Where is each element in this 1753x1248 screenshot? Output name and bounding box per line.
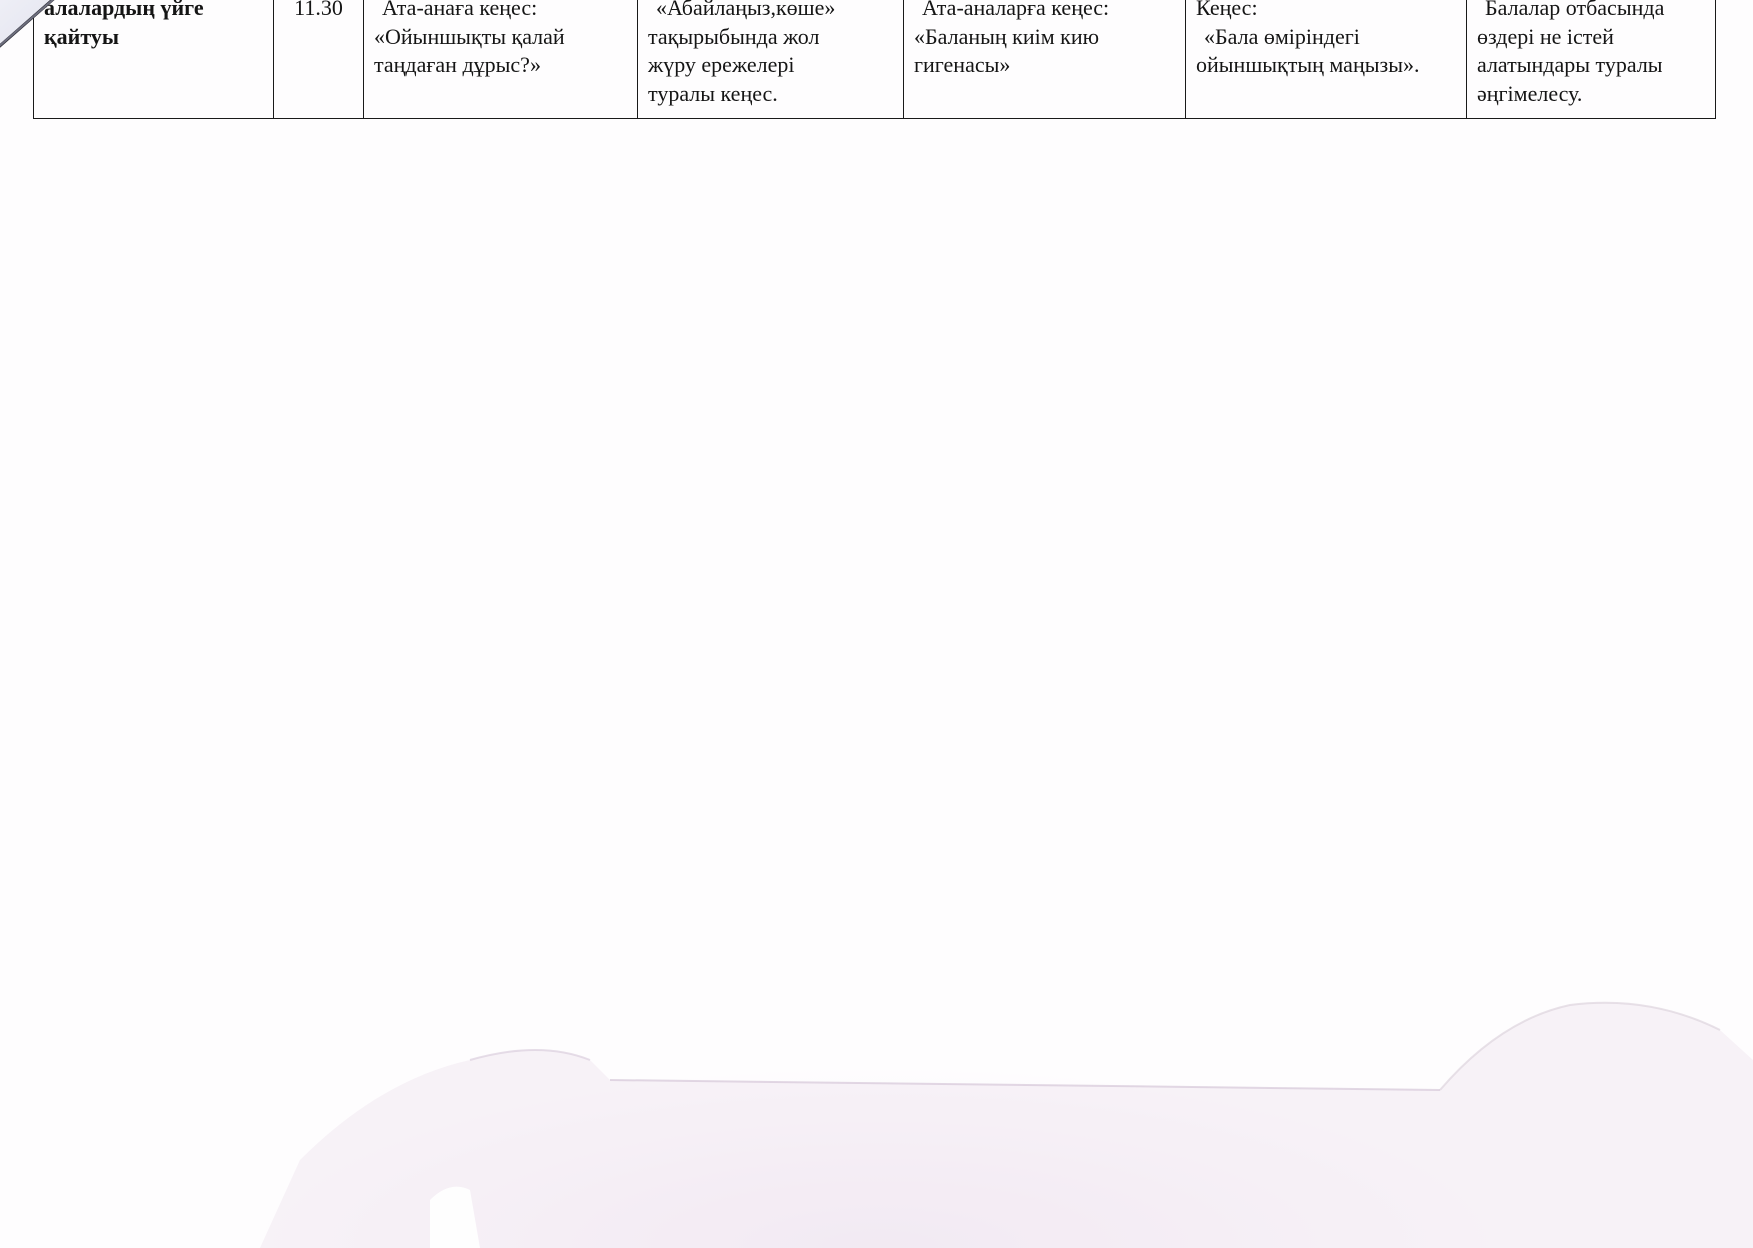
row-label-cell: алалардың үйге қайтуы xyxy=(34,0,274,119)
schedule-table: алалардың үйге қайтуы 11.30 Ата-анаға ке… xyxy=(33,0,1716,119)
cell-line: жүру ережелері xyxy=(648,51,893,80)
cell-line: ойыншықтың маңызы». xyxy=(1196,51,1456,80)
wednesday-cell: Ата-аналарға кеңес: «Баланың киім кию ги… xyxy=(904,0,1186,119)
monday-cell: Ата-анаға кеңес: «Ойыншықты қалай таңдағ… xyxy=(364,0,638,119)
thursday-cell: Кеңес: «Бала өміріндегі ойыншықтың маңыз… xyxy=(1186,0,1467,119)
tuesday-cell: «Абайлаңыз,көше» тақырыбында жол жүру ер… xyxy=(638,0,904,119)
cell-line: «Абайлаңыз,көше» xyxy=(648,0,893,23)
cell-line: алатындары туралы xyxy=(1477,51,1705,80)
cell-line: Кеңес: xyxy=(1196,0,1456,23)
cell-line: өздері не істей xyxy=(1477,23,1705,52)
cell-line: Ата-аналарға кеңес: xyxy=(914,0,1175,23)
cell-line: таңдаған дұрыс?» xyxy=(374,51,627,80)
row-label-line-2: қайтуы xyxy=(44,23,263,52)
scanned-page: алалардың үйге қайтуы 11.30 Ата-анаға ке… xyxy=(0,0,1753,1248)
embossed-watermark xyxy=(0,0,1753,1248)
time-cell: 11.30 xyxy=(274,0,364,119)
time-value: 11.30 xyxy=(294,0,343,20)
cell-line: гигенасы» xyxy=(914,51,1175,80)
table-row: алалардың үйге қайтуы 11.30 Ата-анаға ке… xyxy=(34,0,1716,119)
row-label-line-1: алалардың үйге xyxy=(44,0,263,23)
cell-line: тақырыбында жол xyxy=(648,23,893,52)
cell-line: туралы кеңес. xyxy=(648,80,893,109)
cell-line: «Баланың киім кию xyxy=(914,23,1175,52)
cell-line: әңгімелесу. xyxy=(1477,80,1705,109)
cell-line: «Ойыншықты қалай xyxy=(374,23,627,52)
cell-line: Ата-анаға кеңес: xyxy=(374,0,627,23)
cell-line: Балалар отбасында xyxy=(1477,0,1705,23)
cell-line: «Бала өміріндегі xyxy=(1196,23,1456,52)
friday-cell: Балалар отбасында өздері не істей алатын… xyxy=(1467,0,1716,119)
